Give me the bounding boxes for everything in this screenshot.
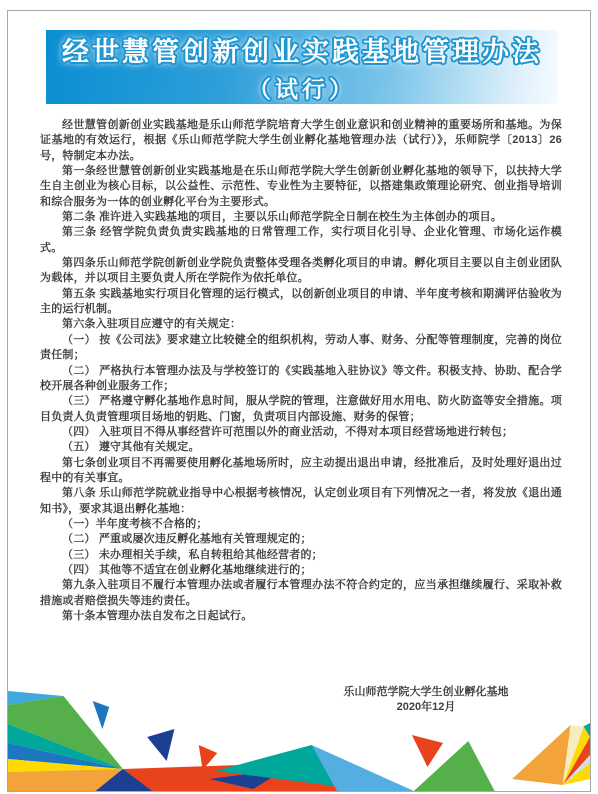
paragraph-article-5: 第五条 实践基地实行项目化管理的运行模式，以创新创业项目的申请、半年度考核和期满…	[40, 287, 562, 318]
signature-date: 2020年12月	[308, 700, 544, 715]
paragraph-article-1: 第一条经世慧管创新创业实践基地是在乐山师范学院大学生创新创业孵化基地的领导下，以…	[40, 164, 562, 210]
document-title: 经世慧管创新创业实践基地管理办法	[62, 30, 542, 69]
paragraph-article-6-item-5: （五） 遵守其他有关规定。	[40, 440, 562, 455]
paragraph-article-8-item-2: （二） 严重或屡次违反孵化基地有关管理规定的；	[40, 532, 562, 547]
decor-triangle	[93, 701, 110, 729]
paragraph-article-4: 第四条乐山师范学院创新创业学院负责整体受理各类孵化项目的申请。孵化项目主要以自主…	[40, 256, 562, 287]
paragraph-article-9: 第九条入驻项目不履行本管理办法或者履行本管理办法不符合约定的，应当承担继续履行、…	[40, 578, 562, 609]
paragraph-article-8-item-4: （四） 其他等不适宜在创业孵化基地继续进行的；	[40, 563, 562, 578]
signature-org: 乐山师范学院大学生创业孵化基地	[308, 685, 544, 700]
page-border-frame: 经世慧管创新创业实践基地管理办法 （试行） 经世慧管创新创业实践基地是乐山师范学…	[7, 10, 591, 792]
decor-triangle	[512, 725, 570, 785]
document-body: 经世慧管创新创业实践基地是乐山师范学院培育大学生创业意识和创业精神的重要场所和基…	[40, 118, 562, 624]
paragraph-article-8-item-3: （三） 未办理相关手续，私自转租给其他经营者的；	[40, 548, 562, 563]
paragraph-article-6-item-4: （四） 入驻项目不得从事经营许可范围以外的商业活动，不得对本项目经营场地进行转包…	[40, 425, 562, 440]
paragraph-article-2: 第二条 准许进入实践基地的项目，主要以乐山师范学院全日制在校生为主体创办的项目。	[40, 210, 562, 225]
paragraph-article-6-item-2: （二） 严格执行本管理办法及与学校签订的《实践基地入驻协议》等文件。积极支持、协…	[40, 364, 562, 395]
paragraph-article-8: 第八条 乐山师范学院就业指导中心根据考核情况，认定创业项目有下列情况之一者，将发…	[40, 486, 562, 517]
document-page: 经世慧管创新创业实践基地管理办法 （试行） 经世慧管创新创业实践基地是乐山师范学…	[0, 0, 598, 794]
paragraph-article-8-item-1: （一）半年度考核不合格的；	[40, 517, 562, 532]
title-banner: 经世慧管创新创业实践基地管理办法 （试行）	[46, 30, 558, 104]
paragraph-article-10: 第十条本管理办法自发布之日起试行。	[40, 609, 562, 624]
decor-triangle	[147, 729, 174, 761]
decor-triangle	[412, 735, 443, 767]
paragraph-intro: 经世慧管创新创业实践基地是乐山师范学院培育大学生创业意识和创业精神的重要场所和基…	[40, 118, 562, 164]
signature-block: 乐山师范学院大学生创业孵化基地 2020年12月	[308, 685, 544, 715]
paragraph-article-6: 第六条入驻项目应遵守的有关规定：	[40, 317, 562, 332]
paragraph-article-7: 第七条创业项目不再需要使用孵化基地场所时，应主动提出退出申请，经批准后，及时处理…	[40, 456, 562, 487]
paragraph-article-6-item-3: （三） 严格遵守孵化基地作息时间，服从学院的管理，注意做好用水用电、防火防盗等安…	[40, 394, 562, 425]
paragraph-article-6-item-1: （一） 按《公司法》要求建立比较健全的组织机构，劳动人事、财务、分配等管理制度，…	[40, 333, 562, 364]
paragraph-article-3: 第三条 经管学院负责负责实践基地的日常管理工作，实行项目化引导、企业化管理、市场…	[40, 225, 562, 256]
document-subtitle: （试行）	[248, 71, 356, 104]
